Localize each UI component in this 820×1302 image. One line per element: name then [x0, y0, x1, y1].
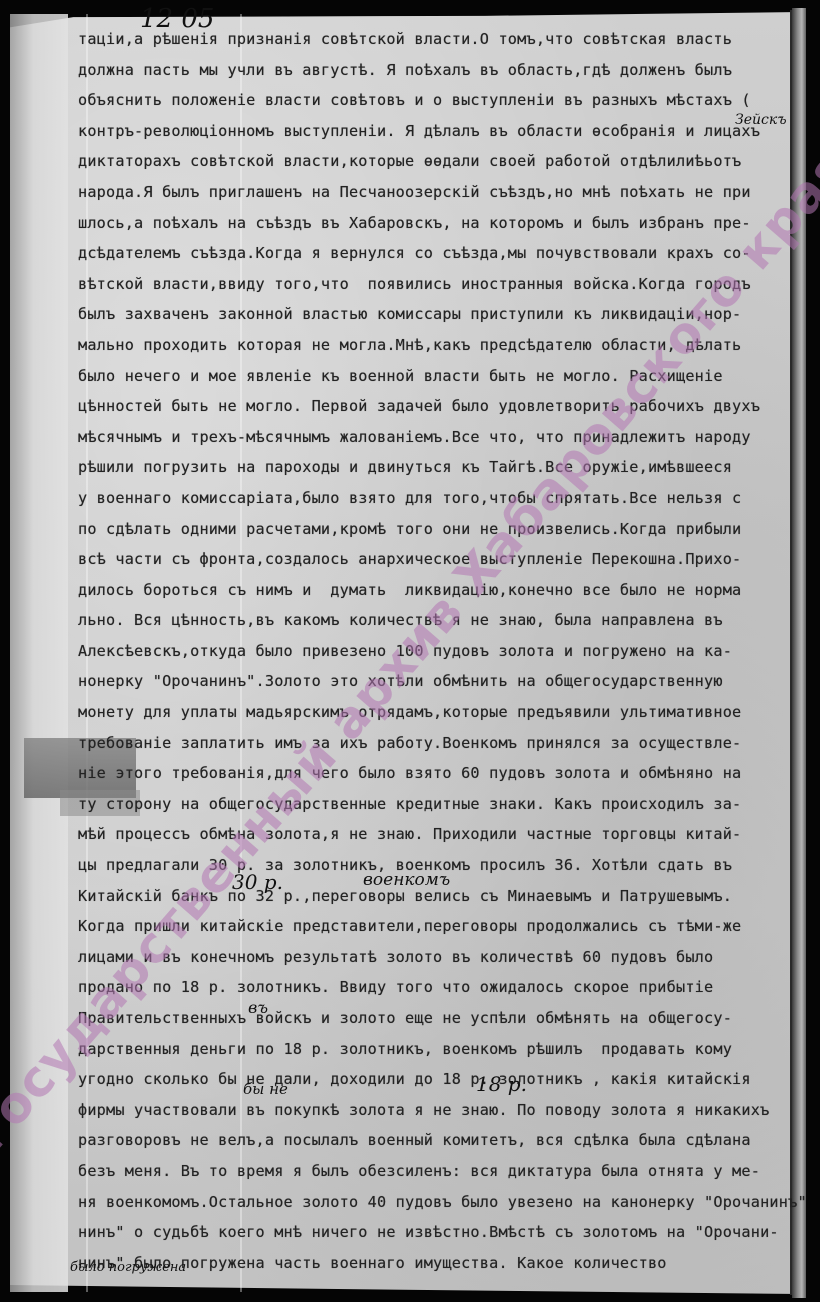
- text-line: Правительственныхъ войскъ и золото еще н…: [78, 1003, 808, 1034]
- text-line: цѣнностей быть не могло. Первой задачей …: [78, 391, 808, 422]
- text-line: контръ-революцiонномъ выступленiи. Я дѣл…: [78, 116, 808, 147]
- text-line: дарственныя деньги по 18 р. золотникъ, в…: [78, 1034, 808, 1065]
- handwritten-note: 18 р.: [476, 1072, 527, 1096]
- text-line: требованiе заплатить имъ за ихъ работу.В…: [78, 728, 808, 759]
- text-line: объяснить положенiе власти совѣтовъ и о …: [78, 85, 808, 116]
- text-line: тацiи,а рѣшенiя признанiя совѣтской влас…: [78, 24, 808, 55]
- text-line: фирмы участвовали въ покупкѣ золота я не…: [78, 1095, 808, 1126]
- text-line: продано по 18 р. золотникъ. Ввиду того ч…: [78, 972, 808, 1003]
- text-line: должна пасть мы учли въ августѣ. Я поѣха…: [78, 55, 808, 86]
- text-line: по сдѣлать одними расчетами,кромѣ того о…: [78, 514, 808, 545]
- text-line: нiе этого требованiя,для чего было взято…: [78, 758, 808, 789]
- handwritten-note: было погружена: [70, 1260, 186, 1275]
- text-line: нонерку "Орочанинъ".Золото это хотѣли об…: [78, 666, 808, 697]
- handwritten-note: Зейскъ: [735, 112, 787, 128]
- text-line: диктаторахъ совѣтской власти,которые ѳѳд…: [78, 146, 808, 177]
- handwritten-note: военкомъ: [363, 870, 450, 890]
- text-line: мѣй процессъ обмѣна золота,я не знаю. Пр…: [78, 819, 808, 850]
- text-line: ня военкомомъ.Остальное золото 40 пудовъ…: [78, 1187, 808, 1218]
- text-line: шлось,а поѣхалъ на съѣздъ въ Хабаровскъ,…: [78, 208, 808, 239]
- text-line: ту сторону на общегосударственные кредит…: [78, 789, 808, 820]
- handwritten-note: въ: [248, 998, 268, 1017]
- text-line: угодно сколько бы не дали, доходили до 1…: [78, 1064, 808, 1095]
- text-line: нинъ" было погружена часть военнаго имущ…: [78, 1248, 808, 1279]
- text-line: рѣшили погрузить на пароходы и двинуться…: [78, 452, 808, 483]
- text-line: дсѣдателемъ съѣзда.Когда я вернулся со с…: [78, 238, 808, 269]
- text-line: разговоровъ не велъ,а посылалъ военный к…: [78, 1125, 808, 1156]
- text-line: безъ меня. Въ то время я былъ обезсиленъ…: [78, 1156, 808, 1187]
- text-line: народа.Я былъ приглашенъ на Песчаноозерс…: [78, 177, 808, 208]
- text-line: мѣсячнымъ и трехъ-мѣсячнымъ жалованiемъ.…: [78, 422, 808, 453]
- text-line: монету для уплаты мадьярскимъ отрядамъ,к…: [78, 697, 808, 728]
- text-line: нинъ" о судьбѣ коего мнѣ ничего не извѣс…: [78, 1217, 808, 1248]
- text-line: у военнаго комиссарiата,было взято для т…: [78, 483, 808, 514]
- text-line: было нечего и мое явленiе къ военной вла…: [78, 361, 808, 392]
- handwritten-note: бы не: [243, 1080, 288, 1098]
